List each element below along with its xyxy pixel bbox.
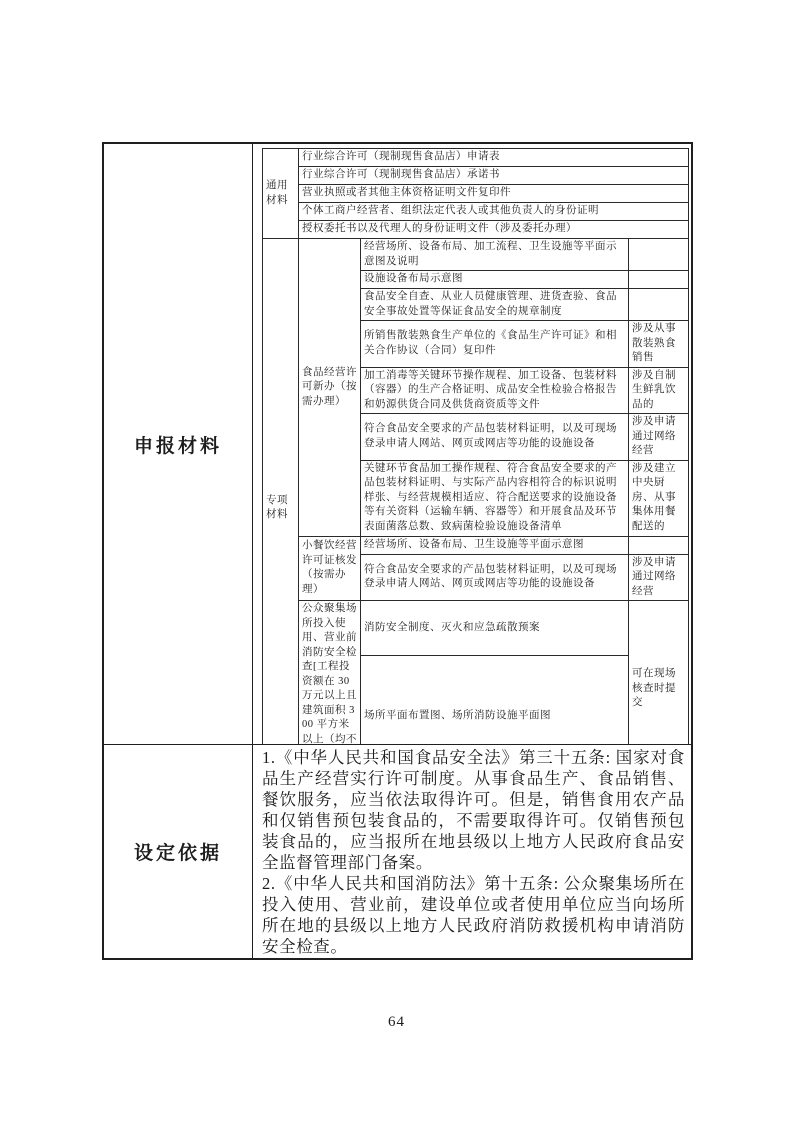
general-material-item: 个体工商户经营者、组织法定代表人或其他负责人的身份证明 <box>299 203 689 221</box>
basis-content-cell: 1.《中华人民共和国食品安全法》第三十五条: 国家对食品生产经营实行许可制度。从… <box>253 744 691 958</box>
note-cell <box>629 536 689 554</box>
page-number: 64 <box>0 1014 793 1031</box>
main-table: 申报材料 通用材料 行业综合许可（现制现售食品店）申请表 行业综合许可（现制现售… <box>102 142 693 960</box>
table-row: 小餐饮经营许可证核发（按需办理） 经营场所、设备布局、卫生设施等平面示意图 <box>263 536 689 554</box>
material-cell: 符合食品安全要求的产品包装材料证明，以及可现场登录申请人网站、网页或网店等功能的… <box>361 414 629 461</box>
group-label-small-catering: 小餐饮经营许可证核发（按需办理） <box>299 536 361 601</box>
basis-item: 2.《中华人民共和国消防法》第十五条: 公众聚集场所在投入使用、营业前，建设单位… <box>262 873 685 957</box>
basis-label-text: 设定依据 <box>134 838 222 865</box>
note-cell <box>629 239 689 271</box>
material-cell: 关键环节食品加工操作规程、符合食品安全要求的产品包装材料证明、与实际产品内容相符… <box>361 460 629 536</box>
material-cell: 消防安全制度、灭火和应急疏散预案 <box>361 601 629 656</box>
material-cell: 设施设备布局示意图 <box>361 271 629 289</box>
group-label-food-license: 食品经营许可新办（按需办理） <box>299 239 361 537</box>
declaration-content-cell: 通用材料 行业综合许可（现制现售食品店）申请表 行业综合许可（现制现售食品店）承… <box>253 144 691 744</box>
document-page: 申报材料 通用材料 行业综合许可（现制现售食品店）申请表 行业综合许可（现制现售… <box>0 0 793 1122</box>
note-cell <box>629 271 689 289</box>
note-cell: 涉及建立中央厨房、从事集体用餐配送的 <box>629 460 689 536</box>
group-label-fire-safety: 公众聚集场所投入使用、营业前消防安全检查[工程投资额在 30 万元以上且建筑面积… <box>299 601 361 745</box>
note-cell: 涉及自制生鲜乳饮品的 <box>629 367 689 414</box>
table-row: 行业综合许可（现制现售食品店）承诺书 <box>263 167 689 185</box>
material-cell: 符合食品安全要求的产品包装材料证明，以及可现场登录申请人网站、网页或网店等功能的… <box>361 554 629 601</box>
material-cell: 食品安全自查、从业人员健康管理、进货查验、食品安全事故处置等保证食品安全的规章制… <box>361 289 629 321</box>
note-cell: 涉及申请通过网络经营 <box>629 414 689 461</box>
table-row: 专项材料 食品经营许可新办（按需办理） 经营场所、设备布局、加工流程、卫生设施等… <box>263 239 689 271</box>
material-cell: 经营场所、设备布局、加工流程、卫生设施等平面示意图及说明 <box>361 239 629 271</box>
basis-item: 1.《中华人民共和国食品安全法》第三十五条: 国家对食品生产经营实行许可制度。从… <box>262 747 685 873</box>
general-material-item: 授权委托书以及代理人的身份证明文件（涉及委托办理） <box>299 221 689 239</box>
general-material-item: 行业综合许可（现制现售食品店）申请表 <box>299 149 689 167</box>
declaration-label-text: 申报材料 <box>134 431 222 458</box>
note-cell <box>629 289 689 321</box>
general-materials-label: 通用材料 <box>263 149 299 239</box>
general-material-item: 营业执照或者其他主体资格证明文件复印件 <box>299 185 689 203</box>
material-cell: 经营场所、设备布局、卫生设施等平面示意图 <box>361 536 629 554</box>
material-cell: 加工消毒等关键环节操作规程、加工设备、包装材料（容器）的生产合格证明、成品安全性… <box>361 367 629 414</box>
material-cell: 所销售散装熟食生产单位的《食品生产许可证》和相关合作协议（合同）复印件 <box>361 321 629 368</box>
table-row: 授权委托书以及代理人的身份证明文件（涉及委托办理） <box>263 221 689 239</box>
note-cell-shared: 可在现场核查时提交 <box>629 601 689 745</box>
materials-table: 通用材料 行业综合许可（现制现售食品店）申请表 行业综合许可（现制现售食品店）承… <box>262 148 689 744</box>
table-row: 公众聚集场所投入使用、营业前消防安全检查[工程投资额在 30 万元以上且建筑面积… <box>263 601 689 656</box>
basis-row-label: 设定依据 <box>104 744 253 958</box>
note-cell: 涉及申请通过网络经营 <box>629 554 689 601</box>
declaration-row-label: 申报材料 <box>104 144 253 744</box>
table-row: 通用材料 行业综合许可（现制现售食品店）申请表 <box>263 149 689 167</box>
material-cell: 场所平面布置图、场所消防设施平面图 <box>361 656 629 745</box>
table-row: 营业执照或者其他主体资格证明文件复印件 <box>263 185 689 203</box>
table-row: 个体工商户经营者、组织法定代表人或其他负责人的身份证明 <box>263 203 689 221</box>
special-materials-label: 专项材料 <box>263 239 299 745</box>
note-cell: 涉及从事散装熟食销售 <box>629 321 689 368</box>
general-material-item: 行业综合许可（现制现售食品店）承诺书 <box>299 167 689 185</box>
